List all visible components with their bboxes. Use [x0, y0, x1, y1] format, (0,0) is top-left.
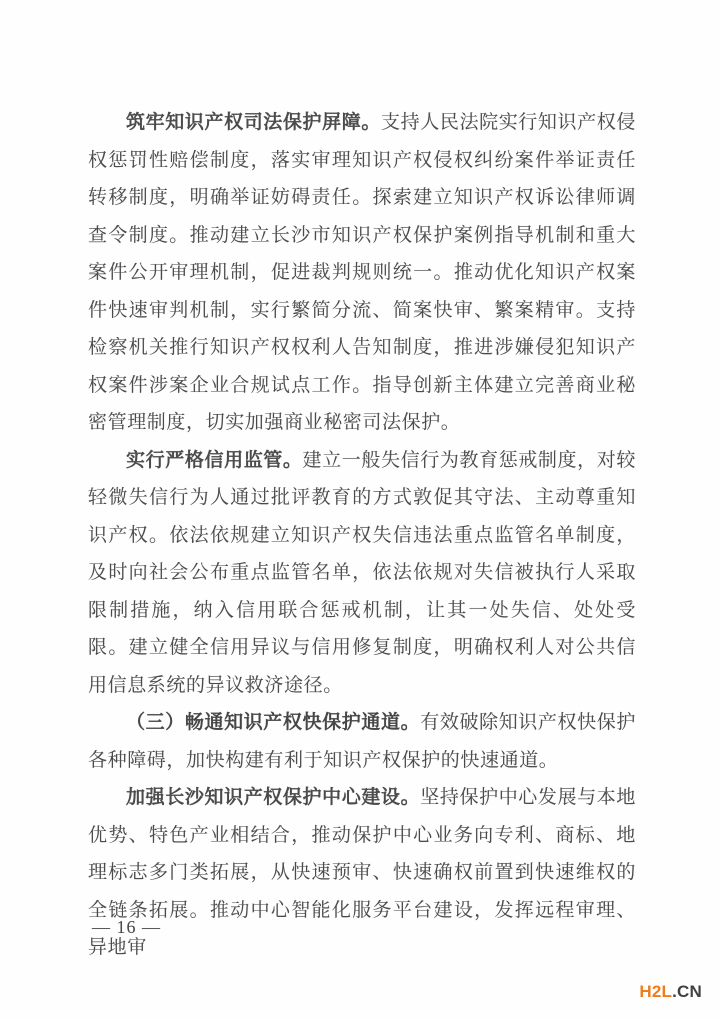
watermark-secondary: .CN	[672, 982, 702, 1001]
paragraph-lead: 实行严格信用监管。	[126, 450, 303, 471]
paragraph-lead: 筑牢知识产权司法保护屏障。	[126, 112, 381, 133]
paragraph-text: 建立一般失信行为教育惩戒制度，对较轻微失信行为人通过批评教育的方式敦促其守法、主…	[88, 450, 636, 696]
paragraph-protection-center: 加强长沙知识产权保护中心建设。坚持保护中心发展与本地优势、特色产业相结合，推动保…	[88, 779, 636, 967]
paragraph-text: 支持人民法院实行知识产权侵权惩罚性赔偿制度，落实审理知识产权侵权纠纷案件举证责任…	[88, 112, 636, 433]
paragraph-section-heading-3: （三）畅通知识产权快保护通道。有效破除知识产权快保护各种障碍，加快构建有利于知识…	[88, 704, 636, 779]
document-body: 筑牢知识产权司法保护屏障。支持人民法院实行知识产权侵权惩罚性赔偿制度，落实审理知…	[88, 104, 636, 967]
section-heading-lead: （三）畅通知识产权快保护通道。	[126, 712, 420, 733]
paragraph-credit-supervision: 实行严格信用监管。建立一般失信行为教育惩戒制度，对较轻微失信行为人通过批评教育的…	[88, 442, 636, 705]
paragraph-text: 坚持保护中心发展与本地优势、特色产业相结合，推动保护中心业务向专利、商标、地理标…	[88, 787, 636, 958]
watermark: H2L.CN	[639, 982, 702, 1002]
document-page: 筑牢知识产权司法保护屏障。支持人民法院实行知识产权侵权惩罚性赔偿制度，落实审理知…	[0, 0, 720, 1018]
paragraph-lead: 加强长沙知识产权保护中心建设。	[126, 787, 420, 808]
paragraph-judicial-protection: 筑牢知识产权司法保护屏障。支持人民法院实行知识产权侵权惩罚性赔偿制度，落实审理知…	[88, 104, 636, 442]
page-number: — 16 —	[92, 915, 161, 939]
watermark-primary: H2L	[639, 982, 672, 1001]
